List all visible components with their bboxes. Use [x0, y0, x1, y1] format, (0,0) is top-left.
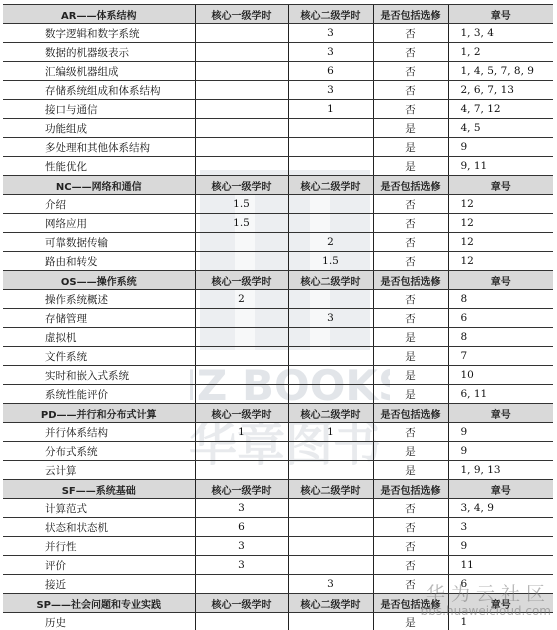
- core1-hours-cell: [195, 24, 288, 43]
- chapter-cell: 8: [448, 290, 553, 309]
- core2-hours-cell: 3: [288, 81, 373, 100]
- column-header-core2: 核心二级学时: [288, 5, 373, 24]
- topic-cell: 介绍: [3, 195, 195, 214]
- table-row: 并行性3否9: [3, 537, 553, 556]
- table-row: 可靠数据传输2否12: [3, 233, 553, 252]
- table-row: 云计算是1, 9, 13: [3, 461, 553, 480]
- topic-cell: 多处理和其他体系结构: [3, 138, 195, 157]
- core2-hours-cell: 2: [288, 233, 373, 252]
- column-header-core2: 核心二级学时: [288, 404, 373, 423]
- topic-cell: 存储管理: [3, 309, 195, 328]
- column-header-elective: 是否包括选修: [373, 176, 448, 195]
- core2-hours-cell: 3: [288, 43, 373, 62]
- core1-hours-cell: 3: [195, 556, 288, 575]
- core1-hours-cell: [195, 81, 288, 100]
- core1-hours-cell: [195, 461, 288, 480]
- core1-hours-cell: [195, 100, 288, 119]
- chapter-cell: 9: [448, 138, 553, 157]
- table-row: 计算范式3否3, 4, 9: [3, 499, 553, 518]
- site-watermark-cn: 华为云社区: [421, 584, 551, 604]
- elective-cell: 否: [373, 499, 448, 518]
- section-title: AR——体系结构: [3, 5, 195, 24]
- elective-cell: 否: [373, 214, 448, 233]
- elective-cell: 否: [373, 100, 448, 119]
- section-header-row: AR——体系结构核心一级学时核心二级学时是否包括选修章号: [3, 5, 553, 24]
- topic-cell: 状态和状态机: [3, 518, 195, 537]
- core1-hours-cell: [195, 385, 288, 404]
- column-header-core1: 核心一级学时: [195, 594, 288, 613]
- elective-cell: 否: [373, 62, 448, 81]
- curriculum-table-body: AR——体系结构核心一级学时核心二级学时是否包括选修章号数字逻辑和数字系统3否1…: [3, 5, 553, 630]
- column-header-chapter: 章号: [448, 5, 553, 24]
- chapter-cell: 2, 6, 7, 13: [448, 81, 553, 100]
- core2-hours-cell: 3: [288, 309, 373, 328]
- core2-hours-cell: 6: [288, 62, 373, 81]
- chapter-cell: 6, 11: [448, 385, 553, 404]
- elective-cell: 否: [373, 24, 448, 43]
- elective-cell: 否: [373, 43, 448, 62]
- chapter-cell: 3, 4, 9: [448, 499, 553, 518]
- core2-hours-cell: [288, 138, 373, 157]
- core2-hours-cell: [288, 366, 373, 385]
- column-header-core1: 核心一级学时: [195, 404, 288, 423]
- core1-hours-cell: 2: [195, 290, 288, 309]
- table-row: 存储管理3否6: [3, 309, 553, 328]
- chapter-cell: 12: [448, 252, 553, 271]
- core1-hours-cell: 3: [195, 537, 288, 556]
- elective-cell: 否: [373, 81, 448, 100]
- elective-cell: 否: [373, 290, 448, 309]
- core2-hours-cell: [288, 347, 373, 366]
- column-header-core2: 核心二级学时: [288, 594, 373, 613]
- core2-hours-cell: [288, 157, 373, 176]
- table-row: 汇编级机器组成6否1, 4, 5, 7, 8, 9: [3, 62, 553, 81]
- topic-cell: 实时和嵌入式系统: [3, 366, 195, 385]
- topic-cell: 计算范式: [3, 499, 195, 518]
- core1-hours-cell: [195, 442, 288, 461]
- elective-cell: 是: [373, 328, 448, 347]
- chapter-cell: 12: [448, 233, 553, 252]
- column-header-core1: 核心一级学时: [195, 176, 288, 195]
- table-row: 系统性能评价是6, 11: [3, 385, 553, 404]
- chapter-cell: 1, 4, 5, 7, 8, 9: [448, 62, 553, 81]
- table-row: 介绍1.5否12: [3, 195, 553, 214]
- topic-cell: 接近: [3, 575, 195, 594]
- chapter-cell: 1, 2: [448, 43, 553, 62]
- site-watermark: 华为云社区 bbs.huaweicloud.com: [421, 584, 551, 618]
- elective-cell: 否: [373, 195, 448, 214]
- chapter-cell: 9, 11: [448, 157, 553, 176]
- elective-cell: 否: [373, 252, 448, 271]
- core1-hours-cell: [195, 43, 288, 62]
- topic-cell: 操作系统概述: [3, 290, 195, 309]
- topic-cell: 虚拟机: [3, 328, 195, 347]
- topic-cell: 数字逻辑和数字系统: [3, 24, 195, 43]
- section-header-row: OS——操作系统核心一级学时核心二级学时是否包括选修章号: [3, 271, 553, 290]
- topic-cell: 功能组成: [3, 119, 195, 138]
- topic-cell: 文件系统: [3, 347, 195, 366]
- core2-hours-cell: [288, 556, 373, 575]
- elective-cell: 是: [373, 385, 448, 404]
- core1-hours-cell: [195, 157, 288, 176]
- core1-hours-cell: [195, 233, 288, 252]
- table-row: 状态和状态机6否3: [3, 518, 553, 537]
- table-row: 接口与通信1否4, 7, 12: [3, 100, 553, 119]
- topic-cell: 汇编级机器组成: [3, 62, 195, 81]
- table-row: 数字逻辑和数字系统3否1, 3, 4: [3, 24, 553, 43]
- topic-cell: 评价: [3, 556, 195, 575]
- elective-cell: 否: [373, 518, 448, 537]
- elective-cell: 否: [373, 423, 448, 442]
- core2-hours-cell: [288, 385, 373, 404]
- table-row: 实时和嵌入式系统是10: [3, 366, 553, 385]
- table-row: 路由和转发1.5否12: [3, 252, 553, 271]
- core2-hours-cell: [288, 613, 373, 630]
- chapter-cell: 11: [448, 556, 553, 575]
- elective-cell: 是: [373, 347, 448, 366]
- section-header-row: PD——并行和分布式计算核心一级学时核心二级学时是否包括选修章号: [3, 404, 553, 423]
- core1-hours-cell: [195, 347, 288, 366]
- chapter-cell: 4, 7, 12: [448, 100, 553, 119]
- core1-hours-cell: [195, 575, 288, 594]
- table-row: 操作系统概述2否8: [3, 290, 553, 309]
- core2-hours-cell: [288, 537, 373, 556]
- topic-cell: 接口与通信: [3, 100, 195, 119]
- topic-cell: 存储系统组成和体系结构: [3, 81, 195, 100]
- core1-hours-cell: [195, 328, 288, 347]
- topic-cell: 并行体系结构: [3, 423, 195, 442]
- section-header-row: NC——网络和通信核心一级学时核心二级学时是否包括选修章号: [3, 176, 553, 195]
- column-header-chapter: 章号: [448, 271, 553, 290]
- core1-hours-cell: 6: [195, 518, 288, 537]
- core1-hours-cell: [195, 119, 288, 138]
- column-header-core1: 核心一级学时: [195, 271, 288, 290]
- topic-cell: 系统性能评价: [3, 385, 195, 404]
- elective-cell: 否: [373, 309, 448, 328]
- chapter-cell: 4, 5: [448, 119, 553, 138]
- core2-hours-cell: 1.5: [288, 252, 373, 271]
- topic-cell: 网络应用: [3, 214, 195, 233]
- chapter-cell: 9: [448, 442, 553, 461]
- column-header-chapter: 章号: [448, 404, 553, 423]
- core2-hours-cell: [288, 461, 373, 480]
- table-row: 并行体系结构11否9: [3, 423, 553, 442]
- column-header-core1: 核心一级学时: [195, 480, 288, 499]
- core2-hours-cell: [288, 119, 373, 138]
- column-header-core1: 核心一级学时: [195, 5, 288, 24]
- core1-hours-cell: [195, 613, 288, 630]
- column-header-elective: 是否包括选修: [373, 271, 448, 290]
- site-watermark-url: bbs.huaweicloud.com: [421, 604, 551, 618]
- elective-cell: 是: [373, 442, 448, 461]
- elective-cell: 否: [373, 233, 448, 252]
- core1-hours-cell: 1.5: [195, 214, 288, 233]
- core2-hours-cell: [288, 442, 373, 461]
- section-title: SF——系统基础: [3, 480, 195, 499]
- table-row: 分布式系统是9: [3, 442, 553, 461]
- column-header-core2: 核心二级学时: [288, 480, 373, 499]
- chapter-cell: 1, 9, 13: [448, 461, 553, 480]
- chapter-cell: 6: [448, 309, 553, 328]
- core2-hours-cell: [288, 214, 373, 233]
- elective-cell: 是: [373, 157, 448, 176]
- core1-hours-cell: 1: [195, 423, 288, 442]
- topic-cell: 可靠数据传输: [3, 233, 195, 252]
- core2-hours-cell: [288, 195, 373, 214]
- table-row: 网络应用1.5否12: [3, 214, 553, 233]
- core2-hours-cell: [288, 499, 373, 518]
- chapter-cell: 8: [448, 328, 553, 347]
- topic-cell: 路由和转发: [3, 252, 195, 271]
- core1-hours-cell: 3: [195, 499, 288, 518]
- chapter-cell: 9: [448, 423, 553, 442]
- core1-hours-cell: [195, 309, 288, 328]
- core1-hours-cell: [195, 138, 288, 157]
- elective-cell: 是: [373, 119, 448, 138]
- topic-cell: 并行性: [3, 537, 195, 556]
- core2-hours-cell: 1: [288, 423, 373, 442]
- table-row: 数据的机器级表示3否1, 2: [3, 43, 553, 62]
- table-row: 文件系统是7: [3, 347, 553, 366]
- section-header-row: SF——系统基础核心一级学时核心二级学时是否包括选修章号: [3, 480, 553, 499]
- section-title: OS——操作系统: [3, 271, 195, 290]
- column-header-core2: 核心二级学时: [288, 176, 373, 195]
- core1-hours-cell: [195, 366, 288, 385]
- elective-cell: 否: [373, 556, 448, 575]
- core2-hours-cell: [288, 328, 373, 347]
- column-header-elective: 是否包括选修: [373, 480, 448, 499]
- chapter-cell: 12: [448, 214, 553, 233]
- column-header-elective: 是否包括选修: [373, 5, 448, 24]
- column-header-chapter: 章号: [448, 176, 553, 195]
- core2-hours-cell: [288, 290, 373, 309]
- core2-hours-cell: 3: [288, 575, 373, 594]
- core2-hours-cell: 1: [288, 100, 373, 119]
- column-header-chapter: 章号: [448, 480, 553, 499]
- chapter-cell: 10: [448, 366, 553, 385]
- section-title: PD——并行和分布式计算: [3, 404, 195, 423]
- topic-cell: 性能优化: [3, 157, 195, 176]
- elective-cell: 是: [373, 138, 448, 157]
- topic-cell: 数据的机器级表示: [3, 43, 195, 62]
- chapter-cell: 1, 3, 4: [448, 24, 553, 43]
- topic-cell: 云计算: [3, 461, 195, 480]
- chapter-cell: 9: [448, 537, 553, 556]
- column-header-elective: 是否包括选修: [373, 404, 448, 423]
- table-row: 虚拟机是8: [3, 328, 553, 347]
- core1-hours-cell: [195, 252, 288, 271]
- elective-cell: 是: [373, 366, 448, 385]
- curriculum-table: AR——体系结构核心一级学时核心二级学时是否包括选修章号数字逻辑和数字系统3否1…: [3, 4, 553, 630]
- topic-cell: 历史: [3, 613, 195, 630]
- core2-hours-cell: [288, 518, 373, 537]
- chapter-cell: 3: [448, 518, 553, 537]
- chapter-cell: 7: [448, 347, 553, 366]
- column-header-core2: 核心二级学时: [288, 271, 373, 290]
- table-row: 性能优化是9, 11: [3, 157, 553, 176]
- table-row: 功能组成是4, 5: [3, 119, 553, 138]
- section-title: NC——网络和通信: [3, 176, 195, 195]
- core2-hours-cell: 3: [288, 24, 373, 43]
- table-row: 多处理和其他体系结构是9: [3, 138, 553, 157]
- core1-hours-cell: 1.5: [195, 195, 288, 214]
- core1-hours-cell: [195, 62, 288, 81]
- topic-cell: 分布式系统: [3, 442, 195, 461]
- elective-cell: 是: [373, 461, 448, 480]
- chapter-cell: 12: [448, 195, 553, 214]
- table-row: 评价3否11: [3, 556, 553, 575]
- table-row: 存储系统组成和体系结构3否2, 6, 7, 13: [3, 81, 553, 100]
- elective-cell: 否: [373, 537, 448, 556]
- section-title: SP——社会问题和专业实践: [3, 594, 195, 613]
